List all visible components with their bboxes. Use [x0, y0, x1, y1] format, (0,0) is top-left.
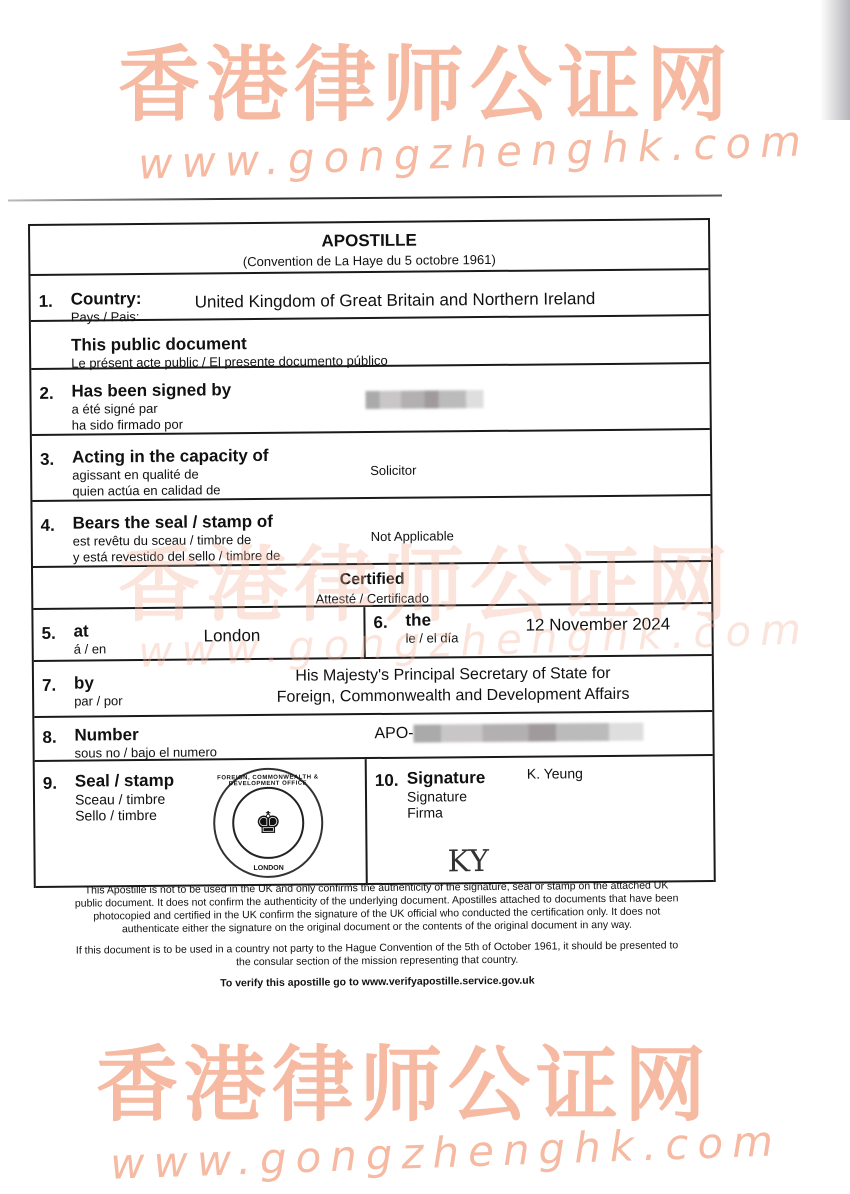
field-number-label: 8.: [42, 728, 56, 748]
field-date: 6. the le / el día 12 November 2024: [365, 604, 711, 657]
field-seal-of: 4. Bears the seal / stamp of est revêtu …: [32, 496, 711, 568]
field-number: 7.: [42, 676, 56, 696]
field-label: Country:: [71, 289, 142, 310]
field-label: This public document: [71, 333, 388, 356]
field-sublabel: ha sido firmado por: [72, 416, 232, 433]
field-seal-stamp: 9. Seal / stamp Sceau / timbre Sello / t…: [35, 759, 368, 886]
field-number: 4.: [41, 516, 55, 536]
field-sublabel: y está revestido del sello / timbre de: [73, 548, 281, 566]
seal-ring-text: FOREIGN, COMMONWEALTH & DEVELOPMENT OFFI…: [215, 774, 321, 787]
royal-coat-of-arms-icon: ♚: [232, 787, 305, 860]
scan-divider-line: [8, 195, 722, 202]
watermark-url-top: www.gongzhenghk.com: [137, 116, 810, 188]
seal-of-value: Not Applicable: [371, 528, 454, 544]
field-sublabel: a été signé par: [72, 400, 232, 417]
field-number: 9.: [43, 774, 57, 794]
certified-header: Certified Attesté / Certificado: [33, 562, 711, 610]
field-sublabel: est revêtu du sceau / timbre de: [73, 532, 281, 550]
field-label: at: [73, 621, 106, 641]
notes-paragraph-hague: If this document is to be used in a coun…: [72, 939, 682, 970]
field-sublabel: á / en: [74, 641, 107, 657]
field-number: 6.: [373, 613, 387, 633]
field-country: 1. Country: Pays / Pais: United Kingdom …: [30, 270, 708, 322]
field-label: Signature: [407, 768, 486, 789]
signatory-name: K. Yeung: [527, 765, 583, 781]
field-signature: 10. Signature Signature Firma K. Yeung K…: [367, 756, 714, 883]
signer-name-redacted: [365, 390, 483, 412]
country-value: United Kingdom of Great Britain and Nort…: [195, 289, 596, 312]
fcdo-seal: FOREIGN, COMMONWEALTH & DEVELOPMENT OFFI…: [213, 767, 324, 878]
field-at: 5. at á / en London: [33, 607, 365, 660]
field-label: Bears the seal / stamp of: [73, 512, 281, 534]
apostille-notes: This Apostille is not to be used in the …: [72, 879, 683, 999]
field-label: the: [405, 610, 458, 630]
authority-value: His Majesty's Principal Secretary of Sta…: [234, 662, 672, 708]
authority-line-2: Foreign, Commonwealth and Development Af…: [234, 683, 672, 708]
field-number: 2.: [39, 384, 53, 404]
field-sublabel: agissant en qualité de: [72, 466, 269, 484]
handwritten-signature: KY: [447, 844, 489, 879]
field-sublabel: Signature: [407, 788, 486, 805]
field-label: Acting in the capacity of: [72, 446, 269, 468]
field-sublabel: par / por: [74, 693, 123, 709]
field-number: 5.: [41, 624, 55, 644]
field-signed-by: 2. Has been signed by a été signé par ha…: [31, 364, 710, 436]
apostille-header: APOSTILLE (Convention de La Haye du 5 oc…: [30, 220, 708, 276]
apostille-certificate: APOSTILLE (Convention de La Haye du 5 oc…: [28, 218, 716, 888]
notes-verify-link: To verify this apostille go to www.verif…: [72, 973, 682, 991]
scan-edge-shadow: [820, 0, 850, 120]
field-sublabel: quien actúa en calidad de: [72, 482, 269, 500]
field-capacity: 3. Acting in the capacity of agissant en…: [32, 430, 711, 502]
field-sublabel: le / el día: [406, 630, 459, 646]
field-by: 7. by par / por His Majesty's Principal …: [34, 656, 712, 718]
field-label: by: [74, 673, 123, 693]
apostille-number-redacted: [414, 723, 644, 743]
field-place-date: 5. at á / en London 6. the le / el día 1…: [33, 604, 711, 662]
field-label: Seal / stamp: [75, 771, 174, 792]
apostille-number-prefix: APO-: [374, 725, 413, 742]
field-label: Number: [74, 724, 217, 745]
field-number: 3.: [40, 450, 54, 470]
place-value: London: [204, 626, 261, 646]
apostille-convention: (Convention de La Haye du 5 octobre 1961…: [30, 250, 708, 271]
capacity-value: Solicitor: [370, 463, 416, 478]
date-value: 12 November 2024: [525, 614, 670, 635]
notes-paragraph-usage: This Apostille is not to be used in the …: [72, 879, 682, 936]
watermark-chinese-bottom: 香港律师公证网: [96, 1020, 712, 1137]
seal-bottom-text: LONDON: [216, 864, 322, 872]
watermark-url-bottom: www.gongzhenghk.com: [109, 1116, 782, 1188]
field-sublabel: Sello / timbre: [75, 807, 174, 824]
field-seal-signature: 9. Seal / stamp Sceau / timbre Sello / t…: [35, 756, 714, 888]
field-sublabel: Firma: [407, 804, 486, 821]
field-number: 1.: [39, 292, 53, 312]
field-sublabel: Sceau / timbre: [75, 791, 174, 808]
watermark-chinese-top: 香港律师公证网: [118, 20, 734, 137]
field-label: Has been signed by: [71, 380, 231, 401]
field-number: 8. Number sous no / bajo el numero APO-: [34, 712, 712, 762]
apostille-number-value: APO-: [374, 723, 643, 744]
field-sublabel: sous no / bajo el numero: [75, 744, 218, 761]
field-public-document: This public document Le présent acte pub…: [31, 316, 709, 370]
field-number: 10.: [375, 771, 399, 791]
